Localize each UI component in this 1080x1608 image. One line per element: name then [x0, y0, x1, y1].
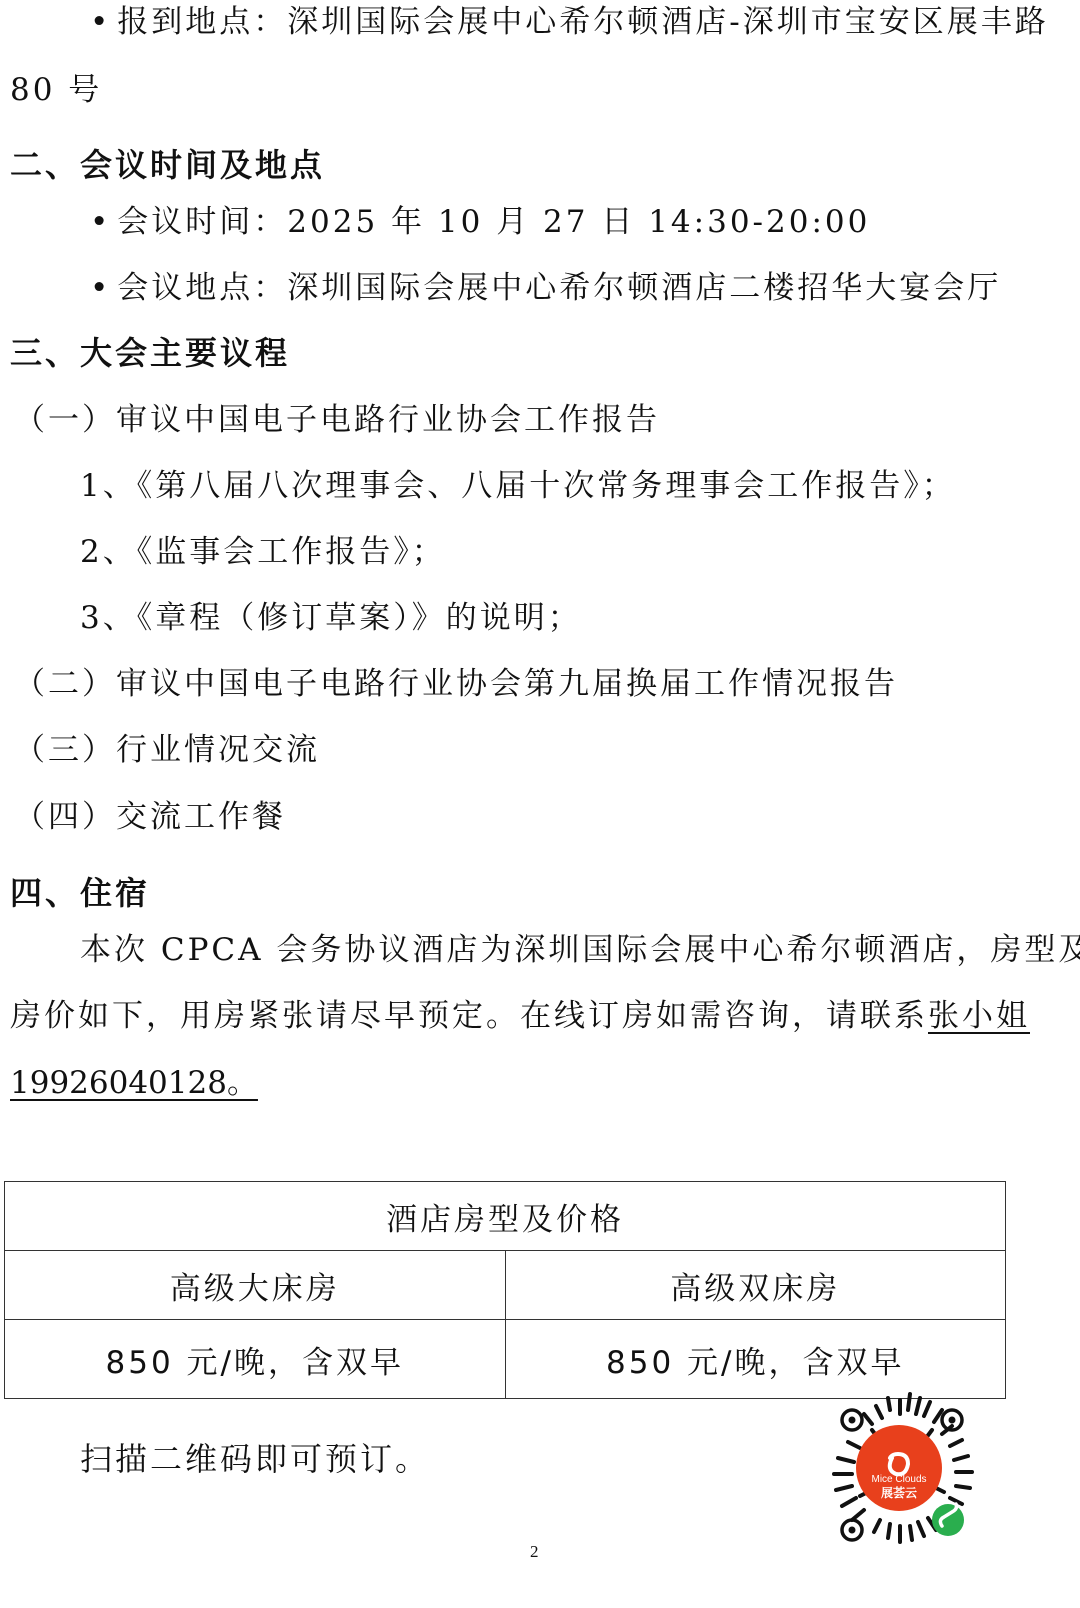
page-number: 2 [530, 1542, 539, 1562]
svg-text:展荟云: 展荟云 [881, 1485, 917, 1500]
section-2-title: 二、会议时间及地点 [10, 145, 325, 185]
table-header-king-room: 高级大床房 [5, 1251, 506, 1320]
table-title: 酒店房型及价格 [5, 1182, 1006, 1251]
meeting-venue: 会议地点：深圳国际会展中心希尔顿酒店二楼招华大宴会厅 [90, 268, 1001, 308]
agenda-item-1: （一）审议中国电子电路行业协会工作报告 [14, 400, 660, 440]
scan-qr-instruction: 扫描二维码即可预订。 [80, 1434, 430, 1480]
svg-text:Mice Clouds: Mice Clouds [871, 1474, 926, 1485]
agenda-item-3: （三）行业情况交流 [14, 730, 320, 770]
agenda-subitem-3: 3、《章程（修订草案）》的说明； [80, 598, 582, 638]
mini-program-badge-icon [932, 1504, 964, 1536]
accommodation-paragraph-text: 房价如下，用房紧张请尽早预定。在线订房如需咨询，请联系 [10, 998, 928, 1034]
agenda-subitem-1: 1、《第八届八次理事会、八届十次常务理事会工作报告》； [80, 466, 956, 506]
accommodation-paragraph-line1: 本次 CPCA 会务协议酒店为深圳国际会展中心希尔顿酒店，房型及 [80, 930, 1080, 970]
mini-program-code-icon: Mice Clouds 展荟云 [812, 1380, 992, 1570]
booking-qr-code[interactable]: Mice Clouds 展荟云 [812, 1380, 992, 1570]
table-cell-king-price: 850 元/晚，含双早 [5, 1320, 506, 1399]
agenda-subitem-2: 2、《监事会工作报告》； [80, 532, 446, 572]
registration-location-cont: 80 号 [10, 70, 102, 110]
table-header-twin-room: 高级双床房 [505, 1251, 1006, 1320]
accommodation-paragraph-line2: 房价如下，用房紧张请尽早预定。在线订房如需咨询，请联系张小姐 [10, 996, 1030, 1036]
contact-phone: 19926040128。 [10, 1063, 258, 1103]
agenda-item-2: （二）审议中国电子电路行业协会第九届换届工作情况报告 [14, 664, 898, 704]
registration-location: 报到地点：深圳国际会展中心希尔顿酒店-深圳市宝安区展丰路 [90, 2, 1049, 42]
contact-name: 张小姐 [928, 998, 1030, 1034]
section-4-title: 四、住宿 [10, 873, 150, 913]
meeting-time: 会议时间：2025 年 10 月 27 日 14:30-20:00 [90, 202, 870, 242]
hotel-price-table: 酒店房型及价格 高级大床房 高级双床房 850 元/晚，含双早 850 元/晚，… [4, 1181, 1006, 1399]
agenda-item-4: （四）交流工作餐 [14, 797, 286, 837]
section-3-title: 三、大会主要议程 [10, 333, 290, 373]
